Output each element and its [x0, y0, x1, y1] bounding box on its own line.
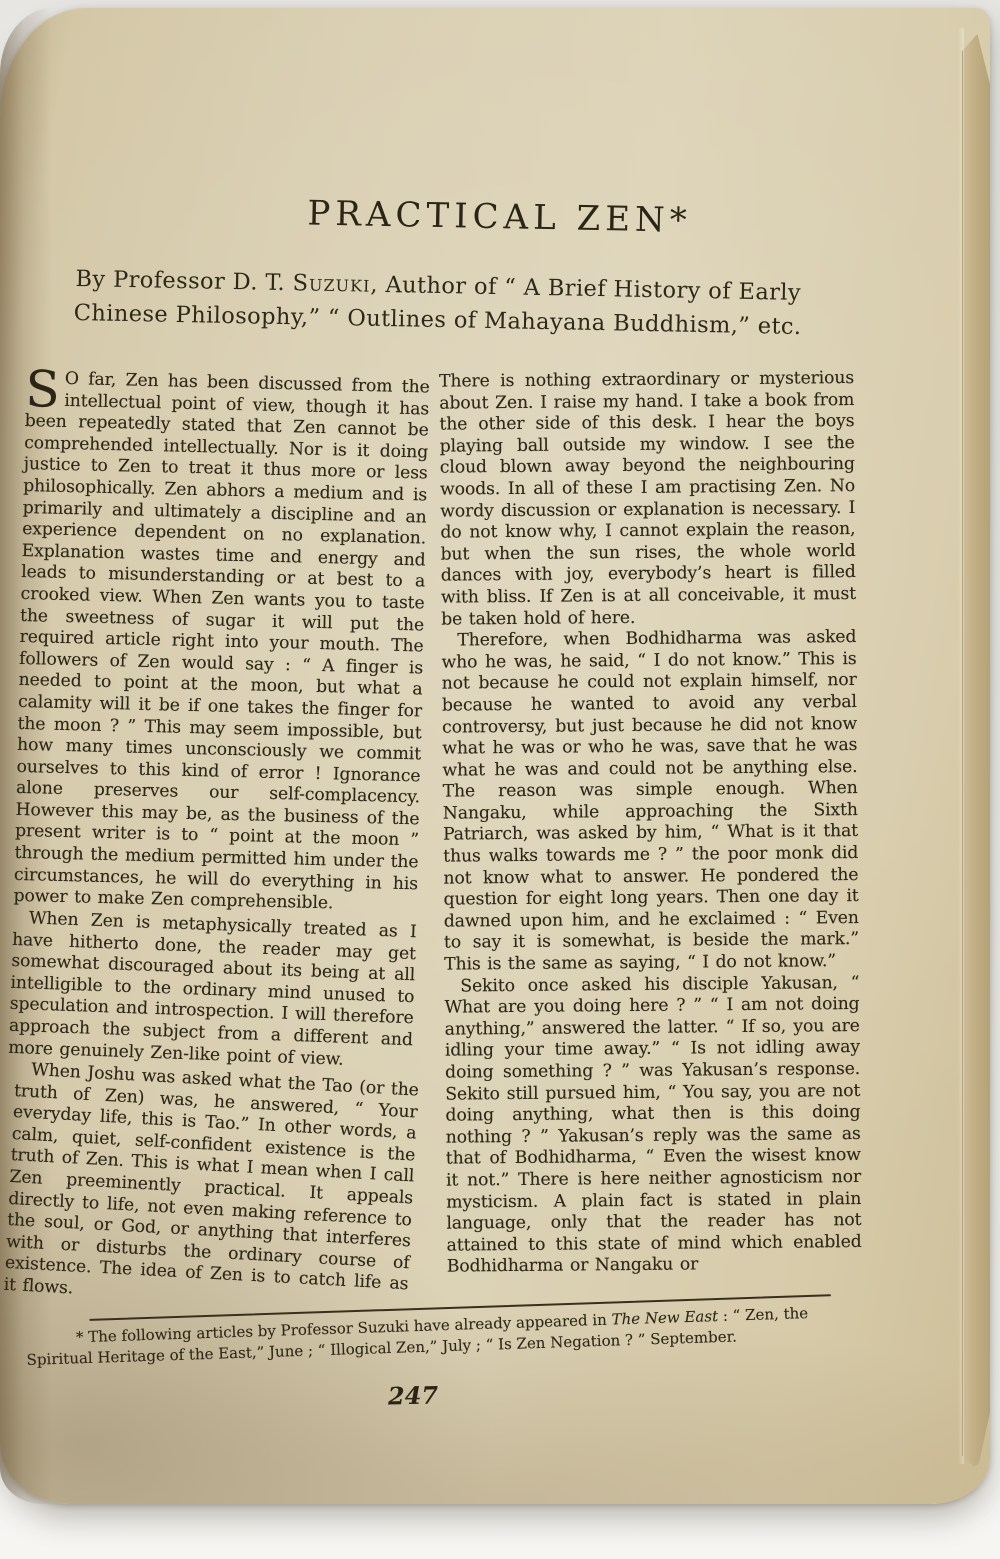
left-column: SO far, Zen has been discussed from the … — [4, 368, 430, 1306]
photo-background: PRACTICAL ZEN* By Professor D. T. Suzuki… — [0, 0, 1000, 1559]
page-edge-highlight — [958, 28, 964, 1464]
page-fore-edge — [962, 34, 990, 1470]
byline-line2: Chinese Philosophy,” “ Outlines of Mahay… — [74, 300, 802, 340]
right-column: There is nothing extraordinary or myster… — [439, 368, 862, 1300]
paragraph: When Joshu was asked what the Tao (or th… — [3, 1059, 419, 1318]
paragraph-text: O far, Zen has been discussed from the i… — [13, 368, 430, 913]
footnote-marker: * — [76, 1328, 89, 1346]
paragraph: When Zen is metaphysically treated as I … — [8, 907, 417, 1073]
paragraph: SO far, Zen has been discussed from the … — [13, 368, 430, 917]
two-column-text: SO far, Zen has been discussed from the … — [26, 368, 854, 1297]
footnote-journal-title: The New East — [611, 1307, 718, 1329]
paragraph: Sekito once asked his disciple Yakusan, … — [444, 972, 862, 1278]
paragraph: Therefore, when Bodhidharma was asked wh… — [441, 627, 859, 976]
drop-cap: S — [25, 368, 60, 409]
byline-prefix: By Professor D. T. — [75, 266, 293, 296]
page-number: 247 — [388, 1380, 439, 1410]
paragraph: There is nothing extraordinary or myster… — [439, 368, 856, 631]
page-content: PRACTICAL ZEN* By Professor D. T. Suzuki… — [26, 196, 854, 1410]
article-header: PRACTICAL ZEN* By Professor D. T. Suzuki… — [23, 188, 854, 345]
byline-author-name: Suzuki — [292, 270, 370, 297]
article-byline: By Professor D. T. Suzuki, Author of “ A… — [23, 262, 852, 345]
byline-line1-rest: , Author of “ A Brief History of Early — [370, 272, 801, 306]
footnote: * The following articles by Professor Su… — [26, 1302, 827, 1371]
book-page: PRACTICAL ZEN* By Professor D. T. Suzuki… — [0, 8, 990, 1504]
article-title: PRACTICAL ZEN* — [85, 189, 914, 245]
footnote-block: * The following articles by Professor Su… — [25, 1294, 854, 1372]
